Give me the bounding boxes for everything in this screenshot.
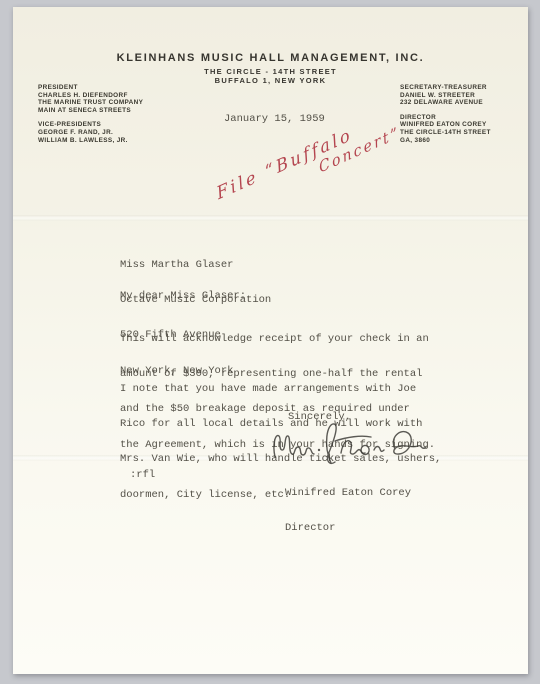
body-line: This will acknowledge receipt of your ch… bbox=[120, 334, 435, 346]
officer-line: THE MARINE TRUST COMPANY bbox=[38, 99, 143, 107]
officer-title: PRESIDENT bbox=[38, 84, 143, 92]
body-line: I note that you have made arrangements w… bbox=[120, 384, 441, 396]
officer-line: MAIN AT SENECA STREETS bbox=[38, 107, 143, 115]
letter-date: January 15, 1959 bbox=[224, 114, 325, 126]
officers-left-column: PRESIDENT CHARLES H. DIEFENDORF THE MARI… bbox=[38, 84, 143, 144]
letterhead-company-name: KLEINHANS MUSIC HALL MANAGEMENT, INC. bbox=[13, 52, 528, 64]
handwritten-signature bbox=[269, 417, 437, 469]
letter-paper: KLEINHANS MUSIC HALL MANAGEMENT, INC. TH… bbox=[13, 7, 528, 674]
signer-title: Director bbox=[285, 523, 411, 535]
officer-group-vice-presidents: VICE-PRESIDENTS GEORGE F. RAND, JR. WILL… bbox=[38, 121, 143, 144]
officer-line: WILLIAM B. LAWLESS, JR. bbox=[38, 137, 143, 145]
officer-group-president: PRESIDENT CHARLES H. DIEFENDORF THE MARI… bbox=[38, 84, 143, 114]
officer-title: VICE-PRESIDENTS bbox=[38, 121, 143, 129]
officer-title: SECRETARY-TREASURER bbox=[400, 84, 491, 92]
typist-initials: :rfl bbox=[130, 470, 155, 482]
salutation: My dear Miss Glaser: bbox=[120, 291, 246, 303]
recipient-name: Miss Martha Glaser bbox=[120, 260, 271, 272]
fold-crease-top bbox=[13, 215, 528, 221]
scanned-letter-photo: KLEINHANS MUSIC HALL MANAGEMENT, INC. TH… bbox=[0, 0, 540, 684]
officer-line: CHARLES H. DIEFENDORF bbox=[38, 92, 143, 100]
handwritten-note-line1: File “Buffalo bbox=[215, 95, 421, 204]
officer-line: GEORGE F. RAND, JR. bbox=[38, 129, 143, 137]
officer-line: GA, 3860 bbox=[400, 137, 491, 145]
signer-block: Winifred Eaton Corey Director bbox=[285, 464, 411, 558]
letterhead-street: THE CIRCLE - 14TH STREET bbox=[13, 67, 528, 76]
signer-name: Winifred Eaton Corey bbox=[285, 488, 411, 500]
